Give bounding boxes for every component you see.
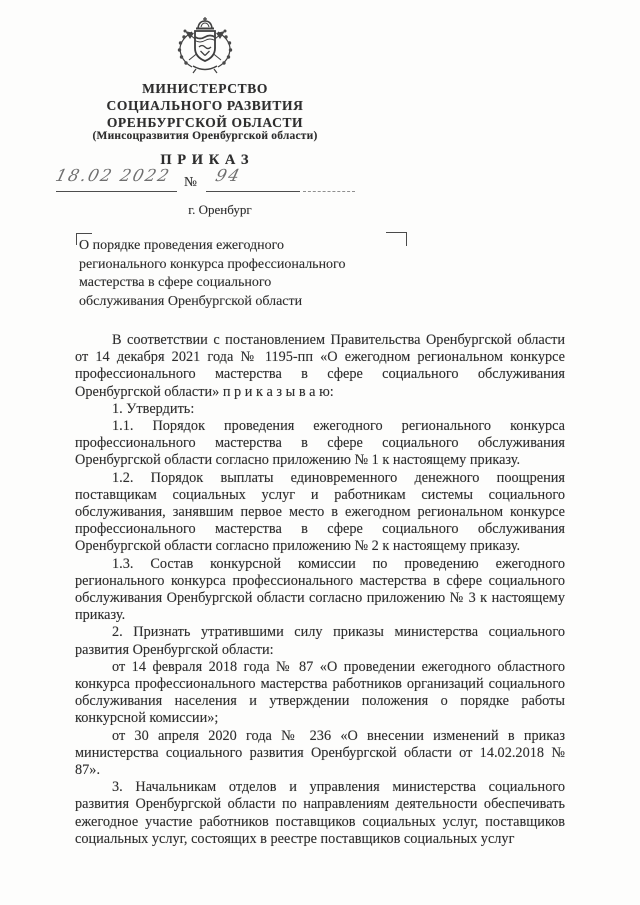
org-short-name: (Минсоцразвития Оренбургской области) [25,130,385,142]
coat-of-arms-icon [172,15,238,75]
paragraph-repealed-order-87: от 14 февраля 2018 года № 87 «О проведен… [75,659,565,728]
paragraph-item-1-1: 1.1. Порядок проведения ежегодного регио… [75,418,565,470]
paragraph-item-1: 1. Утвердить: [75,401,565,418]
org-name-line-3: ОРЕНБУРГСКОЙ ОБЛАСТИ [25,114,385,131]
city-line: г. Оренбург [60,202,380,218]
org-name-block: МИНИСТЕРСТВО СОЦИАЛЬНОГО РАЗВИТИЯ ОРЕНБУ… [25,80,385,131]
subject-line-1: О порядке проведения ежегодного [79,237,399,256]
scanned-order-page: МИНИСТЕРСТВО СОЦИАЛЬНОГО РАЗВИТИЯ ОРЕНБУ… [0,0,640,905]
handwritten-date: 18.02 2022 [54,166,173,185]
org-name-line-1: МИНИСТЕРСТВО [25,80,385,97]
paragraph-repealed-order-236: от 30 апреля 2020 года № 236 «О внесении… [75,728,565,780]
paragraph-item-2: 2. Признать утратившими силу приказы мин… [75,624,565,658]
handwritten-number: 94 [214,166,244,185]
paragraph-item-3: 3. Начальникам отделов и управления мини… [75,779,565,848]
subject-line-4: обслуживания Оренбургской области [79,293,399,312]
org-name-line-2: СОЦИАЛЬНОГО РАЗВИТИЯ [25,97,385,114]
subject-block: О порядке проведения ежегодного регионал… [79,237,399,311]
paragraph-item-1-3: 1.3. Состав конкурсной комиссии по прове… [75,556,565,625]
subject-line-2: регионального конкурса профессионального [79,256,399,275]
number-underline: 94 [206,166,300,192]
subject-line-3: мастерства в сфере социального [79,274,399,293]
number-sign: № [177,174,206,192]
underline-extension [303,166,355,192]
date-underline: 18.02 2022 [56,166,177,192]
paragraph-item-1-2: 1.2. Порядок выплаты единовременного ден… [75,470,565,556]
paragraph-preamble: В соответствии с постановлением Правител… [75,332,565,401]
date-number-row: 18.02 2022 № 94 [56,167,355,192]
order-body: В соответствии с постановлением Правител… [75,332,565,848]
